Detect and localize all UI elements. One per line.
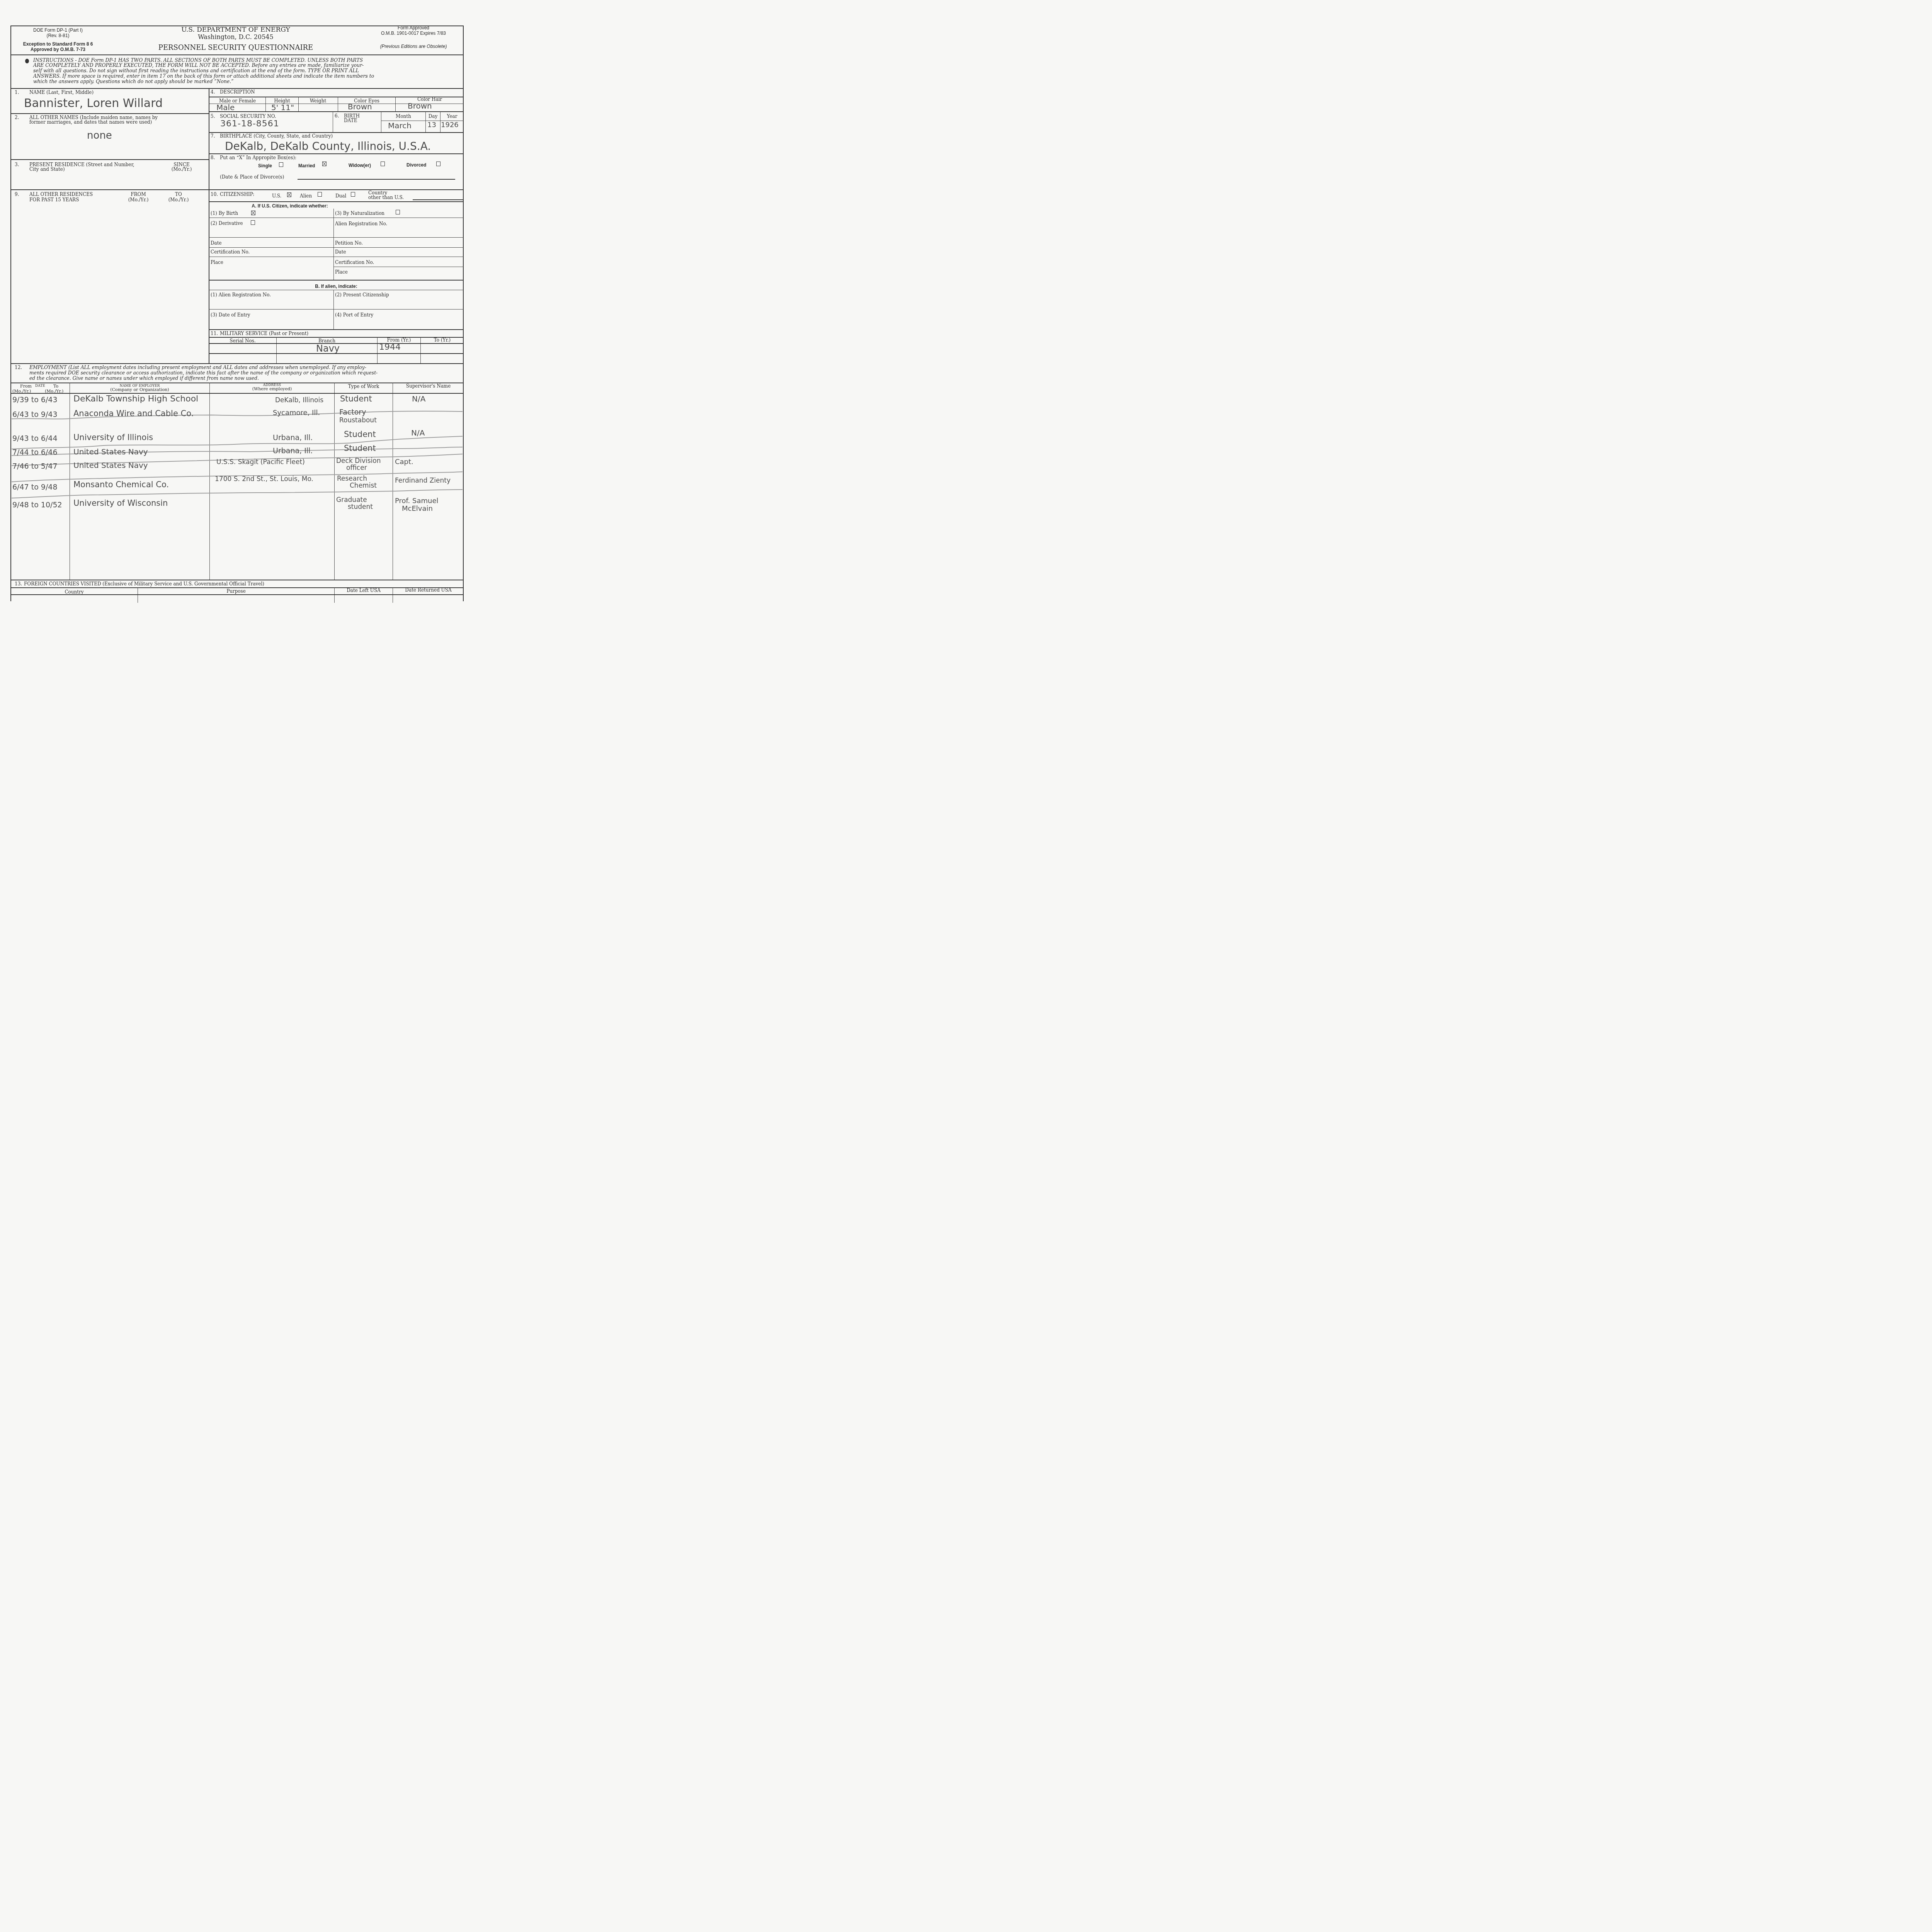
to-label-2: (Mo./Yr.) bbox=[163, 197, 194, 202]
row-address: 1700 S. 2nd St., St. Louis, Mo. bbox=[215, 475, 313, 483]
row-type: Research bbox=[337, 475, 367, 483]
section-number: 6. bbox=[335, 114, 339, 119]
col-employer-label-2: (Company or Organization) bbox=[70, 388, 209, 392]
instructions-line-4: ANSWERS. If more space is required, ente… bbox=[33, 73, 374, 78]
place-label-right: Place bbox=[335, 270, 348, 275]
row-supervisor: N/A bbox=[412, 394, 425, 403]
previous-editions-note: (Previous Editions are Obsolete) bbox=[363, 44, 464, 49]
derivative-checkbox[interactable] bbox=[251, 220, 255, 225]
col-from-label: From bbox=[20, 384, 32, 389]
date-label-right: Date bbox=[335, 250, 346, 255]
section-number: 9. bbox=[15, 192, 19, 197]
row-supervisor-2: McElvain bbox=[402, 505, 433, 513]
alien-checkbox[interactable] bbox=[318, 192, 322, 197]
section-number: 5. bbox=[211, 114, 215, 119]
option-married-label: Married bbox=[298, 163, 315, 168]
row-address: Urbana, Ill. bbox=[273, 447, 313, 455]
by-birth-checkbox[interactable] bbox=[251, 211, 255, 215]
widow-checkbox[interactable] bbox=[381, 162, 385, 166]
form-approved-label: Form Approved bbox=[371, 26, 456, 31]
col-to-label: To bbox=[53, 384, 58, 389]
country-other-field[interactable] bbox=[413, 199, 463, 200]
eyes-field[interactable]: Brown bbox=[348, 102, 372, 111]
section-number: 7. bbox=[211, 134, 215, 139]
instructions-line-5: which the answers apply. Questions which… bbox=[33, 79, 234, 84]
form-revision: (Rev. 8-81) bbox=[23, 33, 93, 38]
birth-year-field[interactable]: 1926 bbox=[441, 121, 459, 129]
row-type-2: Roustabout bbox=[339, 417, 377, 424]
us-checkbox[interactable] bbox=[287, 192, 291, 197]
dual-checkbox[interactable] bbox=[351, 192, 355, 197]
col-weight: Weight bbox=[299, 99, 337, 104]
row-supervisor: N/A bbox=[411, 428, 425, 437]
row-employer: University of Wisconsin bbox=[73, 498, 168, 508]
section-number: 1. bbox=[15, 90, 19, 95]
date-label-left: Date bbox=[211, 241, 222, 246]
col-supervisor: Supervisor's Name bbox=[393, 384, 464, 389]
row-employer: United States Navy bbox=[73, 447, 148, 456]
row-dates: 9/39 to 6/43 bbox=[12, 396, 58, 404]
section-number: 2. bbox=[15, 115, 19, 120]
row-dates: 9/43 to 6/44 bbox=[12, 434, 58, 443]
row-type: Student bbox=[340, 394, 372, 403]
col-month: Month bbox=[381, 114, 425, 119]
foreign-countries-label: FOREIGN COUNTRIES VISITED (Exclusive of … bbox=[24, 582, 264, 587]
military-label: MILITARY SERVICE (Past or Present) bbox=[220, 331, 308, 336]
row-dates: 7/46 to 5/47 bbox=[12, 462, 58, 471]
from-label-1: FROM bbox=[123, 192, 154, 197]
col-date-left: Date Left USA bbox=[335, 588, 393, 593]
row-type: Graduate bbox=[336, 496, 367, 504]
row-type: Deck Division bbox=[336, 457, 381, 465]
alien-reg-no-label-b: (1) Alien Registration No. bbox=[211, 293, 271, 298]
present-residence-label-2: City and State) bbox=[29, 167, 65, 172]
alien-reg-no-label-a: Alien Registration No. bbox=[335, 221, 387, 226]
petition-no-label: Petition No. bbox=[335, 241, 363, 246]
other-residences-label-1: ALL OTHER RESIDENCES bbox=[29, 192, 93, 197]
present-citizenship-label: (2) Present Citizenship bbox=[335, 293, 389, 298]
married-checkbox[interactable] bbox=[322, 162, 327, 166]
subsection-b-heading: B. If alien, indicate: bbox=[209, 284, 464, 289]
description-label: DESCRIPTION bbox=[220, 90, 255, 95]
by-naturalization-checkbox[interactable] bbox=[396, 210, 400, 214]
row-employer: Anaconda Wire and Cable Co. bbox=[73, 409, 194, 418]
certification-no-label-left: Certification No. bbox=[211, 250, 250, 255]
instructions-line-3: self with all questions. Do not sign wit… bbox=[33, 68, 359, 73]
row-type-2: officer bbox=[346, 464, 367, 472]
birthplace-label: BIRTHPLACE (City, County, State, and Cou… bbox=[220, 134, 333, 139]
section-number: 10. bbox=[211, 192, 218, 197]
option-alien-label: Alien bbox=[300, 194, 312, 199]
section-number: 11. bbox=[211, 331, 218, 336]
row-supervisor: Ferdinand Zienty bbox=[395, 477, 451, 485]
row-type: Student bbox=[344, 444, 376, 453]
military-branch-field[interactable]: Navy bbox=[316, 343, 340, 354]
name-label: NAME (Last, First, Middle) bbox=[29, 90, 94, 95]
employment-instructions-1: EMPLOYMENT (List ALL employment dates in… bbox=[29, 365, 366, 370]
agency-name: U.S. DEPARTMENT OF ENERGY bbox=[147, 26, 325, 33]
form-id: DOE Form DP-1 (Part I) bbox=[23, 28, 93, 33]
row-type-2: student bbox=[348, 503, 373, 511]
form-approved-by: Approved by O.M.B. 7-73 bbox=[15, 47, 100, 52]
citizenship-label: CITIZENSHIP: bbox=[220, 192, 254, 197]
row-employer: DeKalb Township High School bbox=[73, 394, 198, 404]
birth-day-field[interactable]: 13 bbox=[427, 121, 436, 129]
by-naturalization-label: (3) By Naturalization bbox=[335, 211, 384, 216]
bullet-icon bbox=[25, 59, 29, 63]
country-other-label-2: other than U.S. bbox=[368, 195, 404, 200]
certification-no-label-right: Certification No. bbox=[335, 260, 374, 265]
ssn-label: SOCIAL SECURITY NO. bbox=[220, 114, 276, 119]
row-supervisor: Prof. Samuel bbox=[395, 497, 439, 505]
since-label-2: (Mo./Yr.) bbox=[166, 167, 197, 172]
row-address: Urbana, Ill. bbox=[273, 434, 313, 442]
row-employer: United States Navy bbox=[73, 461, 148, 470]
row-dates: 6/47 to 9/48 bbox=[12, 483, 58, 492]
by-birth-label: (1) By Birth bbox=[211, 211, 238, 216]
birth-month-field[interactable]: March bbox=[388, 121, 412, 130]
row-supervisor: Capt. bbox=[395, 458, 413, 466]
divorce-field[interactable] bbox=[298, 179, 455, 180]
date-label: DATE bbox=[344, 118, 357, 123]
col-date-returned: Date Returned USA bbox=[393, 588, 464, 593]
row-type-2: Chemist bbox=[350, 482, 377, 490]
divorce-label: (Date & Place of Divorce(s) bbox=[220, 175, 284, 180]
other-names-label-2: former marriages, and dates that names w… bbox=[29, 120, 152, 125]
option-dual-label: Dual bbox=[335, 194, 346, 199]
section-number: 8. bbox=[211, 155, 215, 160]
row-address: DeKalb, Illinois bbox=[275, 396, 323, 404]
col-type-of-work: Type of Work bbox=[335, 384, 393, 389]
place-label-left: Place bbox=[211, 260, 223, 265]
option-single-label: Single bbox=[258, 163, 272, 168]
height-field[interactable]: 5' 11" bbox=[271, 103, 294, 112]
birthplace-field[interactable]: DeKalb, DeKalb County, Illinois, U.S.A. bbox=[225, 140, 431, 153]
divorced-checkbox[interactable] bbox=[436, 162, 440, 166]
subsection-a-heading: A. If U.S. Citizen, indicate whether: bbox=[209, 204, 371, 209]
other-residences-label-2: FOR PAST 15 YEARS bbox=[29, 197, 79, 202]
option-divorced-label: Divorced bbox=[406, 163, 426, 168]
port-of-entry-label: (4) Port of Entry bbox=[335, 313, 373, 318]
employment-instructions-3: ed the clearance. Give name or names und… bbox=[29, 376, 259, 381]
from-label-2: (Mo./Yr.) bbox=[123, 197, 154, 202]
employment-instructions-2: ments required DOE security clearance or… bbox=[29, 371, 378, 376]
row-type: Student bbox=[344, 430, 376, 439]
row-dates: 7/44 to 6/46 bbox=[12, 448, 58, 457]
row-address: U.S.S. Skagit (Pacific Fleet) bbox=[216, 458, 305, 466]
agency-location: Washington, D.C. 20545 bbox=[147, 34, 325, 40]
name-field[interactable]: Bannister, Loren Willard bbox=[24, 97, 163, 110]
col-date-label: DATE bbox=[11, 384, 70, 388]
other-names-field[interactable]: none bbox=[87, 130, 112, 141]
section-number: 12. bbox=[15, 365, 22, 370]
col-day: Day bbox=[426, 114, 440, 119]
option-widow-label: Widow(er) bbox=[349, 163, 371, 168]
section-number: 13. bbox=[15, 582, 22, 587]
col-purpose: Purpose bbox=[138, 589, 334, 594]
option-us-label: U.S. bbox=[272, 194, 281, 199]
col-year: Year bbox=[440, 114, 464, 119]
single-checkbox[interactable] bbox=[279, 162, 283, 167]
section-number: 3. bbox=[15, 162, 19, 167]
page-title: PERSONNEL SECURITY QUESTIONNAIRE bbox=[139, 44, 332, 52]
to-label-1: TO bbox=[163, 192, 194, 197]
hair-field[interactable]: Brown bbox=[408, 101, 432, 111]
row-dates: 6/43 to 9/43 bbox=[12, 410, 58, 419]
col-address-label-2: (Where employed) bbox=[210, 387, 334, 391]
ssn-field[interactable]: 361-18-8561 bbox=[220, 119, 279, 129]
row-dates: 9/48 to 10/52 bbox=[12, 501, 62, 509]
derivative-label: (2) Derivative bbox=[211, 221, 243, 226]
section-number: 4. bbox=[211, 90, 215, 95]
row-employer: University of Illinois bbox=[73, 433, 153, 442]
row-address: Sycamore, Ill. bbox=[273, 409, 320, 417]
sex-field[interactable]: Male bbox=[216, 103, 235, 112]
military-from-field[interactable]: 1944 bbox=[379, 342, 401, 352]
date-of-entry-label: (3) Date of Entry bbox=[211, 313, 250, 318]
instructions-line-2: ARE COMPLETELY AND PROPERLY EXECUTED, TH… bbox=[33, 63, 364, 68]
row-employer: Monsanto Chemical Co. bbox=[73, 480, 169, 489]
form-exception: Exception to Standard Form 8 6 bbox=[15, 42, 100, 47]
marital-label: Put an “X” In Appropite Box(es): bbox=[220, 155, 296, 160]
other-residences-field[interactable] bbox=[12, 205, 208, 362]
row-type: Factory bbox=[339, 408, 366, 417]
col-to-yr: To (Yr.) bbox=[421, 338, 464, 343]
omb-number: O.M.B. 1901-0017 Expires 7/83 bbox=[363, 31, 464, 36]
